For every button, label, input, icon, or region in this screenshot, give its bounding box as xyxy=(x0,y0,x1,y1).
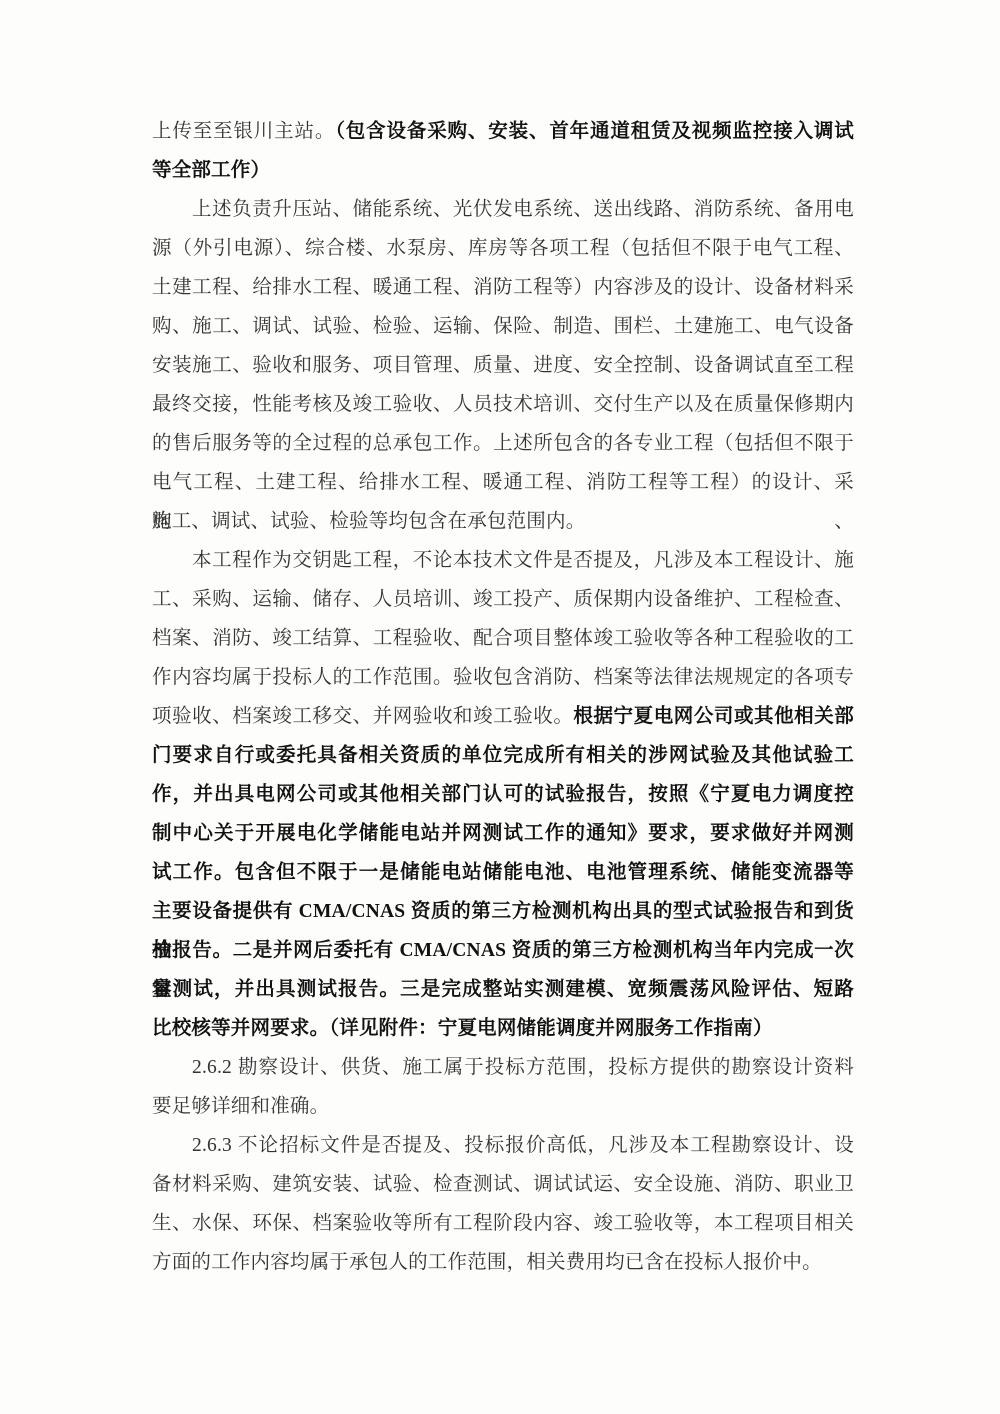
text-run: 上述负责升压站、储能系统、光伏发电系统、送出线路、消防系统、备用电 xyxy=(192,199,854,220)
text-line: 作，并出具电网公司或其他相关部门认可的试验报告，按照《宁夏电力调度控 xyxy=(152,775,854,814)
bold-text-run: （包含设备采购、安装、首年通道租赁及视频监控接入调试 xyxy=(335,121,854,142)
text-run: 源（外引电源）、综合楼、水泵房、库房等各项工程（包括但不限于电气工程、 xyxy=(152,238,854,259)
text-run: 的售后服务等的全过程的总承包工作。上述所包含的各专业工程（包括但不限于 xyxy=(152,433,854,454)
text-line: 档案、消防、竣工结算、工程验收、配合项目整体竣工验收等各种工程验收的工 xyxy=(152,619,854,658)
bold-text-run: 制中心关于开展电化学储能电站并网测试工作的通知》要求，要求做好并网测 xyxy=(152,823,854,844)
text-line: 生、水保、环保、档案验收等所有工程阶段内容、竣工验收等，本工程项目相关 xyxy=(152,1204,854,1243)
text-run: 上传至至银川主站。 xyxy=(152,121,335,142)
text-line: 最终交接，性能考核及竣工验收、人员技术培训、交付生产以及在质量保修期内 xyxy=(152,385,854,424)
text-run: 购、施工、调试、试验、检验、运输、保险、制造、围栏、土建施工、电气设备 xyxy=(152,316,854,337)
text-line: 的售后服务等的全过程的总承包工作。上述所包含的各专业工程（包括但不限于 xyxy=(152,424,854,463)
text-run: 2.6.3 不论招标文件是否提及、投标报价高低，凡涉及本工程勘察设计、设 xyxy=(192,1135,854,1156)
text-line: 主要设备提供有 CMA/CNAS 资质的第三方检测机构出具的型式试验报告和到货抽 xyxy=(152,892,854,931)
text-line: 量测试，并出具测试报告。三是完成整站实测建模、宽频震荡风险评估、短路 xyxy=(152,970,854,1009)
text-line: 检报告。二是并网后委托有 CMA/CNAS 资质的第三方检测机构当年内完成一次容 xyxy=(152,931,854,970)
text-run: 作内容均属于投标人的工作范围。验收包含消防、档案等法律法规规定的各项专 xyxy=(152,667,854,688)
text-run: 最终交接，性能考核及竣工验收、人员技术培训、交付生产以及在质量保修期内 xyxy=(152,394,854,415)
bold-text-run: 比校核等并网要求。（详见附件：宁夏电网储能调度并网服务工作指南） xyxy=(152,1018,773,1039)
text-line: 2.6.2 勘察设计、供货、施工属于投标方范围，投标方提供的勘察设计资料 xyxy=(152,1048,854,1087)
text-run: 档案、消防、竣工结算、工程验收、配合项目整体竣工验收等各种工程验收的工 xyxy=(152,628,854,649)
bold-text-run: 试工作。包含但不限于一是储能电站储能电池、电池管理系统、储能变流器等 xyxy=(152,862,854,883)
text-line: 备材料采购、建筑安装、试验、检查测试、调试试运、安全设施、消防、职业卫 xyxy=(152,1165,854,1204)
bold-text-run: 作，并出具电网公司或其他相关部门认可的试验报告，按照《宁夏电力调度控 xyxy=(152,784,854,805)
text-run: 要足够详细和准确。 xyxy=(152,1096,329,1117)
text-line: 要足够详细和准确。 xyxy=(152,1087,854,1126)
text-line: 工、采购、运输、储存、人员培训、竣工投产、质保期内设备维护、工程检查、 xyxy=(152,580,854,619)
bold-text-run: 量测试，并出具测试报告。三是完成整站实测建模、宽频震荡风险评估、短路 xyxy=(152,979,854,1000)
text-run: 安装施工、验收和服务、项目管理、质量、进度、安全控制、设备调试直至工程 xyxy=(152,355,854,376)
text-line: 试工作。包含但不限于一是储能电站储能电池、电池管理系统、储能变流器等 xyxy=(152,853,854,892)
text-line: 制中心关于开展电化学储能电站并网测试工作的通知》要求，要求做好并网测 xyxy=(152,814,854,853)
text-run: 施工、调试、试验、检验等均包含在承包范围内。 xyxy=(152,511,585,532)
bold-text-run: 根据宁夏电网公司或其他相关部 xyxy=(573,706,854,727)
text-run: 2.6.2 勘察设计、供货、施工属于投标方范围，投标方提供的勘察设计资料 xyxy=(192,1057,854,1078)
text-run: 土建工程、给排水工程、暖通工程、消防工程等）内容涉及的设计、设备材料采 xyxy=(152,277,854,298)
bold-text-run: 等全部工作） xyxy=(152,160,270,181)
text-line: 本工程作为交钥匙工程，不论本技术文件是否提及，凡涉及本工程设计、施 xyxy=(152,541,854,580)
text-run: 项验收、档案竣工移交、并网验收和竣工验收。 xyxy=(152,706,573,727)
text-line: 购、施工、调试、试验、检验、运输、保险、制造、围栏、土建施工、电气设备 xyxy=(152,307,854,346)
text-line: 2.6.3 不论招标文件是否提及、投标报价高低，凡涉及本工程勘察设计、设 xyxy=(152,1126,854,1165)
text-line: 项验收、档案竣工移交、并网验收和竣工验收。根据宁夏电网公司或其他相关部 xyxy=(152,697,854,736)
text-line: 作内容均属于投标人的工作范围。验收包含消防、档案等法律法规规定的各项专 xyxy=(152,658,854,697)
text-run: 工、采购、运输、储存、人员培训、竣工投产、质保期内设备维护、工程检查、 xyxy=(152,589,854,610)
bold-text-run: 门要求自行或委托具备相关资质的单位完成所有相关的涉网试验及其他试验工 xyxy=(152,745,854,766)
text-line: 源（外引电源）、综合楼、水泵房、库房等各项工程（包括但不限于电气工程、 xyxy=(152,229,854,268)
text-line: 门要求自行或委托具备相关资质的单位完成所有相关的涉网试验及其他试验工 xyxy=(152,736,854,775)
text-run: 本工程作为交钥匙工程，不论本技术文件是否提及，凡涉及本工程设计、施 xyxy=(192,550,854,571)
text-line: 等全部工作） xyxy=(152,151,854,190)
text-run: 生、水保、环保、档案验收等所有工程阶段内容、竣工验收等，本工程项目相关 xyxy=(152,1213,854,1234)
document-body: 上传至至银川主站。（包含设备采购、安装、首年通道租赁及视频监控接入调试等全部工作… xyxy=(152,112,854,1282)
text-line: 电气工程、土建工程、给排水工程、暖通工程、消防工程等工程）的设计、采购、 xyxy=(152,463,854,502)
text-run: 方面的工作内容均属于承包人的工作范围，相关费用均已含在投标人报价中。 xyxy=(152,1252,822,1273)
text-line: 上传至至银川主站。（包含设备采购、安装、首年通道租赁及视频监控接入调试 xyxy=(152,112,854,151)
text-line: 方面的工作内容均属于承包人的工作范围，相关费用均已含在投标人报价中。 xyxy=(152,1243,854,1282)
text-run: 备材料采购、建筑安装、试验、检查测试、调试试运、安全设施、消防、职业卫 xyxy=(152,1174,854,1195)
text-line: 比校核等并网要求。（详见附件：宁夏电网储能调度并网服务工作指南） xyxy=(152,1009,854,1048)
document-page: 上传至至银川主站。（包含设备采购、安装、首年通道租赁及视频监控接入调试等全部工作… xyxy=(0,0,1000,1414)
text-line: 土建工程、给排水工程、暖通工程、消防工程等）内容涉及的设计、设备材料采 xyxy=(152,268,854,307)
text-line: 上述负责升压站、储能系统、光伏发电系统、送出线路、消防系统、备用电 xyxy=(152,190,854,229)
text-line: 安装施工、验收和服务、项目管理、质量、进度、安全控制、设备调试直至工程 xyxy=(152,346,854,385)
